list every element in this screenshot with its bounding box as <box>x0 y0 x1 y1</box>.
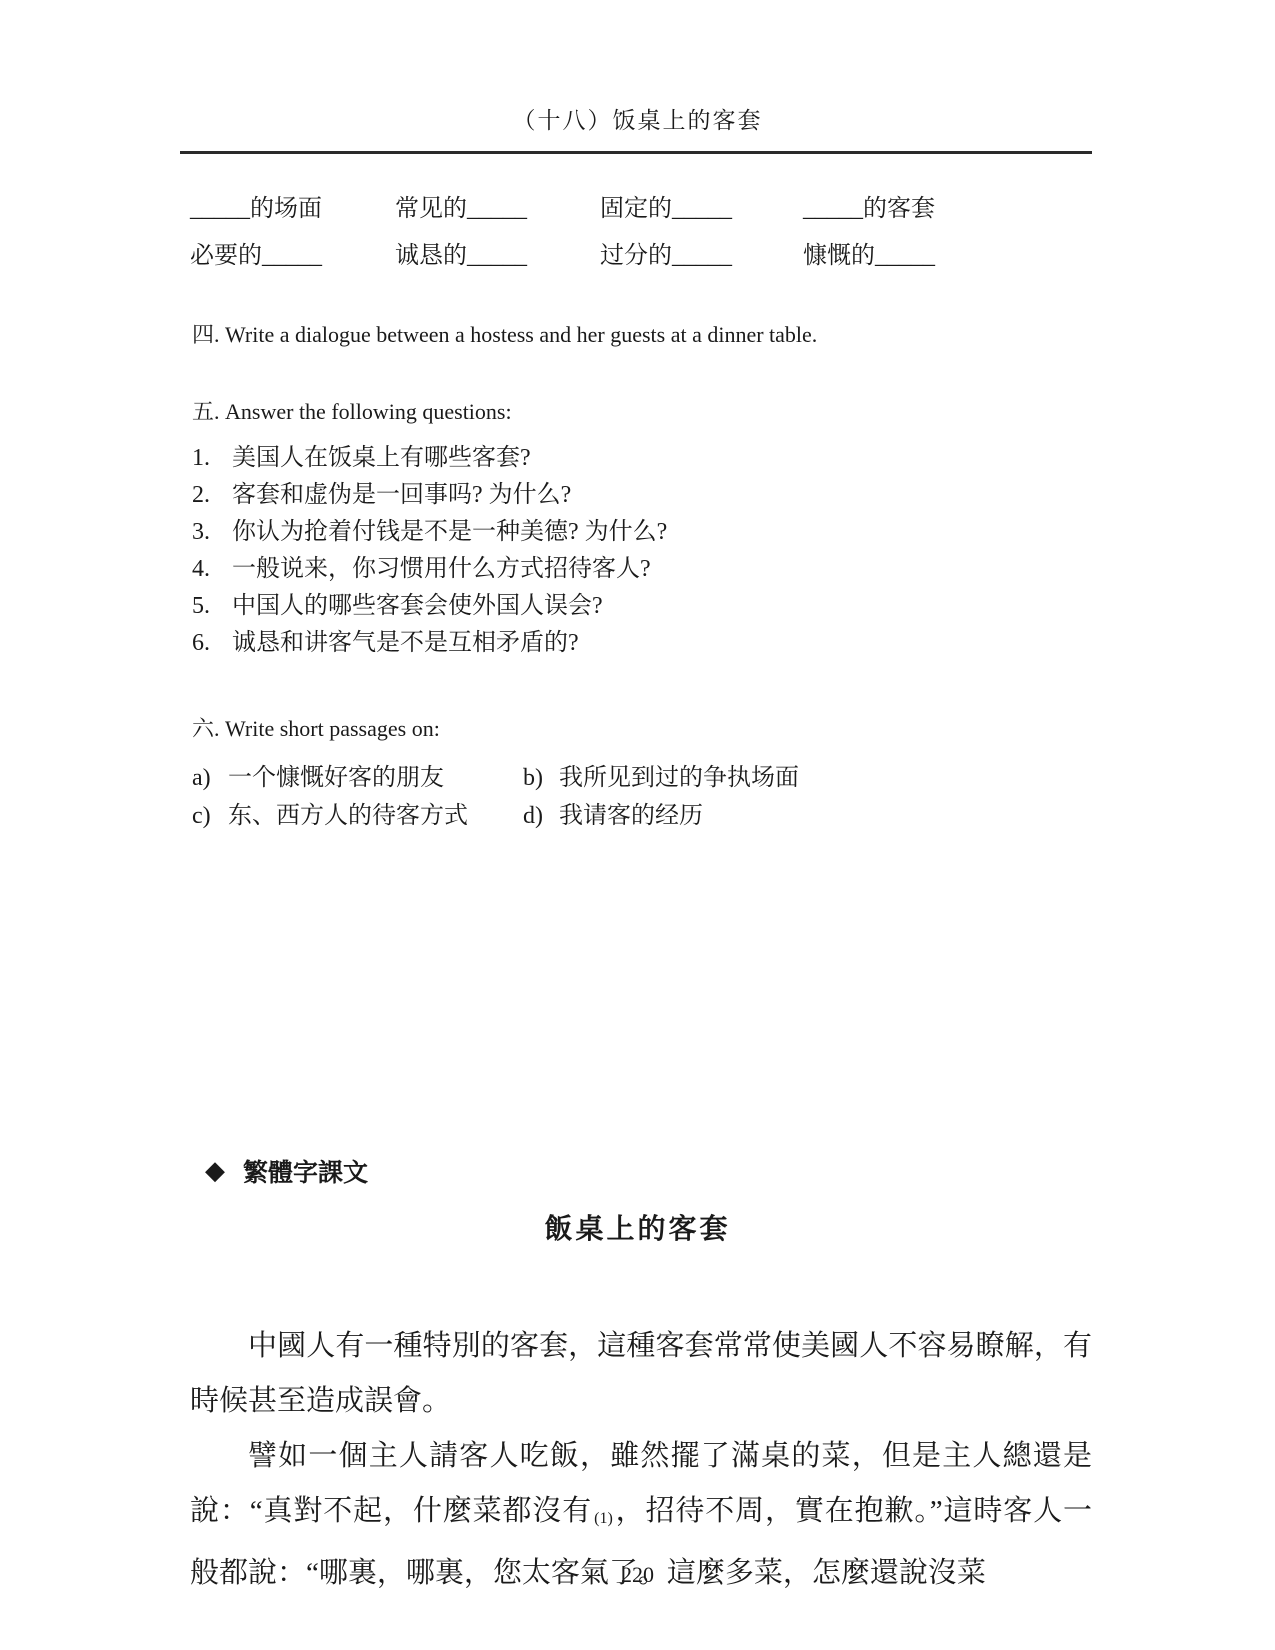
section-number: 六. <box>192 716 220 741</box>
question-item: 1. 美国人在饭桌上有哪些客套? <box>192 440 1102 477</box>
passage-label: d) <box>523 797 559 835</box>
question-number: 1. <box>192 440 232 477</box>
question-number: 6. <box>192 625 232 662</box>
traditional-section-label: 繁體字課文 <box>243 1153 368 1189</box>
section-number: 五. <box>192 399 220 424</box>
vocab-blank: 必要的_____ <box>190 235 395 270</box>
vocab-blank: 固定的_____ <box>600 188 803 223</box>
vocab-blank: 过分的_____ <box>600 235 803 270</box>
section-text: Write a dialogue between a hostess and h… <box>225 322 817 347</box>
question-number: 3. <box>192 514 232 551</box>
vocab-row: 必要的_____ 诚恳的_____ 过分的_____ 慷慨的_____ <box>190 235 1100 270</box>
vocab-blank: _____的客套 <box>803 188 1003 223</box>
passage-text: 我请客的经历 <box>559 797 1275 835</box>
question-text: 客套和虚伪是一回事吗? 为什么? <box>232 477 1102 514</box>
question-number: 4. <box>192 551 232 588</box>
footnote-marker: (1) <box>592 1510 615 1527</box>
vocab-blank: 慷慨的_____ <box>803 235 1003 270</box>
running-header: （十八）饭桌上的客套 <box>0 0 1275 135</box>
question-item: 5. 中国人的哪些客套会使外国人误会? <box>192 588 1102 625</box>
passage-topic-list: a) 一个慷慨好客的朋友 b) 我所见到过的争执场面 c) 东、西方人的待客方式… <box>192 759 1275 835</box>
question-number: 2. <box>192 477 232 514</box>
header-rule <box>180 151 1092 154</box>
traditional-text-body: 中國人有一種特別的客套，這種客套常常使美國人不容易瞭解，有時候甚至造成誤會。 譬… <box>190 1319 1092 1601</box>
question-text: 中国人的哪些客套会使外国人误会? <box>232 588 1102 625</box>
vocab-blank: 诚恳的_____ <box>395 235 600 270</box>
passage-text: 东、西方人的待客方式 <box>228 797 523 835</box>
exercise-five-heading: 五. Answer the following questions: <box>192 395 1102 426</box>
traditional-paragraph-1: 中國人有一種特別的客套，這種客套常常使美國人不容易瞭解，有時候甚至造成誤會。 <box>190 1319 1092 1429</box>
traditional-section-header: ◆ 繁體字課文 <box>205 1153 1275 1189</box>
section-title: Answer the following questions: <box>225 399 512 424</box>
question-number: 5. <box>192 588 232 625</box>
section-title: Write short passages on: <box>225 716 440 741</box>
blank-space <box>0 835 1275 1153</box>
passage-row: c) 东、西方人的待客方式 d) 我请客的经历 <box>192 797 1275 835</box>
passage-label: b) <box>523 759 559 797</box>
vocab-row: _____的场面 常见的_____ 固定的_____ _____的客套 <box>190 188 1100 223</box>
exercise-four-heading: 四. Write a dialogue between a hostess an… <box>192 318 1102 349</box>
question-item: 4. 一般说来，你习惯用什么方式招待客人? <box>192 551 1102 588</box>
question-item: 6. 诚恳和讲客气是不是互相矛盾的? <box>192 625 1102 662</box>
diamond-bullet-icon: ◆ <box>205 1158 225 1184</box>
exercise-six-heading: 六. Write short passages on: <box>192 712 1102 743</box>
document-page: （十八）饭桌上的客套 _____的场面 常见的_____ 固定的_____ __… <box>0 0 1275 1650</box>
question-list: 1. 美国人在饭桌上有哪些客套? 2. 客套和虚伪是一回事吗? 为什么? 3. … <box>192 440 1102 662</box>
traditional-text-title: 飯桌上的客套 <box>0 1207 1275 1247</box>
question-item: 3. 你认为抢着付钱是不是一种美德? 为什么? <box>192 514 1102 551</box>
passage-label: a) <box>192 759 228 797</box>
page-number: 220 <box>0 1562 1275 1588</box>
passage-row: a) 一个慷慨好客的朋友 b) 我所见到过的争执场面 <box>192 759 1275 797</box>
passage-text: 一个慷慨好客的朋友 <box>228 759 523 797</box>
question-text: 诚恳和讲客气是不是互相矛盾的? <box>232 625 1102 662</box>
vocab-fill-in-exercise: _____的场面 常见的_____ 固定的_____ _____的客套 必要的_… <box>190 188 1100 270</box>
passage-label: c) <box>192 797 228 835</box>
vocab-blank: _____的场面 <box>190 188 395 223</box>
question-text: 一般说来，你习惯用什么方式招待客人? <box>232 551 1102 588</box>
question-text: 美国人在饭桌上有哪些客套? <box>232 440 1102 477</box>
section-number: 四. <box>192 322 220 347</box>
vocab-blank: 常见的_____ <box>395 188 600 223</box>
question-text: 你认为抢着付钱是不是一种美德? 为什么? <box>232 514 1102 551</box>
passage-text: 我所见到过的争执场面 <box>559 759 1275 797</box>
question-item: 2. 客套和虚伪是一回事吗? 为什么? <box>192 477 1102 514</box>
